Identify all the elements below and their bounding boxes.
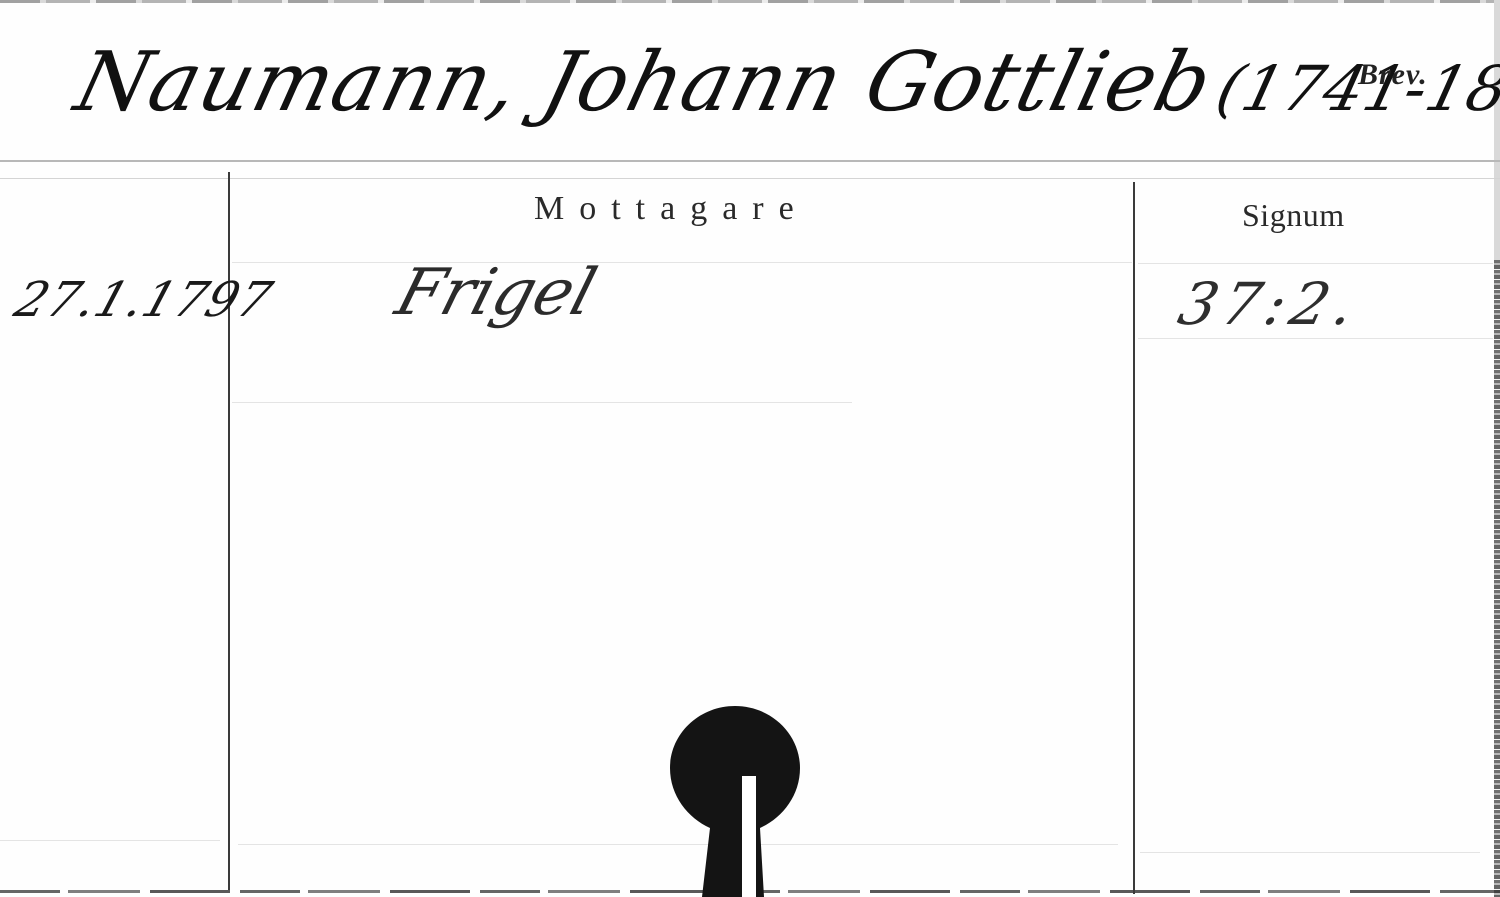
category-label: Brev. (1358, 58, 1428, 92)
ruled-line (1138, 338, 1493, 339)
card-heading-name: Naumann, Johann Gottlieb(1741-1801) (68, 42, 1500, 124)
column-divider-signum (1133, 182, 1135, 894)
life-dates: (1741-1801) (1209, 52, 1500, 125)
person-name: Naumann, Johann Gottlieb (67, 35, 1222, 130)
catalog-card: Naumann, Johann Gottlieb(1741-1801) Brev… (0, 0, 1500, 897)
entry-recipient: Frigel (388, 256, 604, 330)
ruled-line (232, 262, 1132, 263)
column-heading-signum: Signum (1242, 197, 1345, 234)
entry-date: 27.1.1797 (8, 272, 279, 328)
header-divider-secondary (0, 178, 1500, 179)
header-divider (0, 160, 1500, 162)
scan-edge-right-upper (1494, 0, 1500, 260)
ruled-line (0, 840, 220, 841)
keyhole-punch-icon (668, 704, 802, 897)
ruled-line (1138, 263, 1493, 264)
ruled-line (232, 402, 852, 403)
column-heading-recipient: Mottagare (534, 190, 809, 228)
entry-signum: 37:2. (1172, 270, 1368, 338)
scan-edge-top (0, 0, 1500, 3)
ruled-line (1140, 852, 1480, 853)
